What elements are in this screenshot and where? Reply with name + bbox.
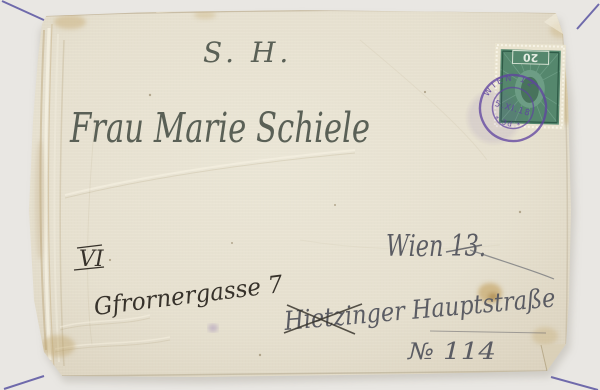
photograph-of-envelope: S. H. Frau Marie Schiele VI Gfrornergass… <box>0 0 600 390</box>
courtesy-abbreviation: S. H. <box>203 36 292 69</box>
envelope-scene: S. H. Frau Marie Schiele VI Gfrornergass… <box>0 0 600 390</box>
recipient-name: Frau Marie Schiele <box>69 104 370 152</box>
violet-smudge <box>208 324 218 332</box>
house-number: № 114 <box>407 339 496 365</box>
stamp-denomination: 20 <box>522 51 538 64</box>
